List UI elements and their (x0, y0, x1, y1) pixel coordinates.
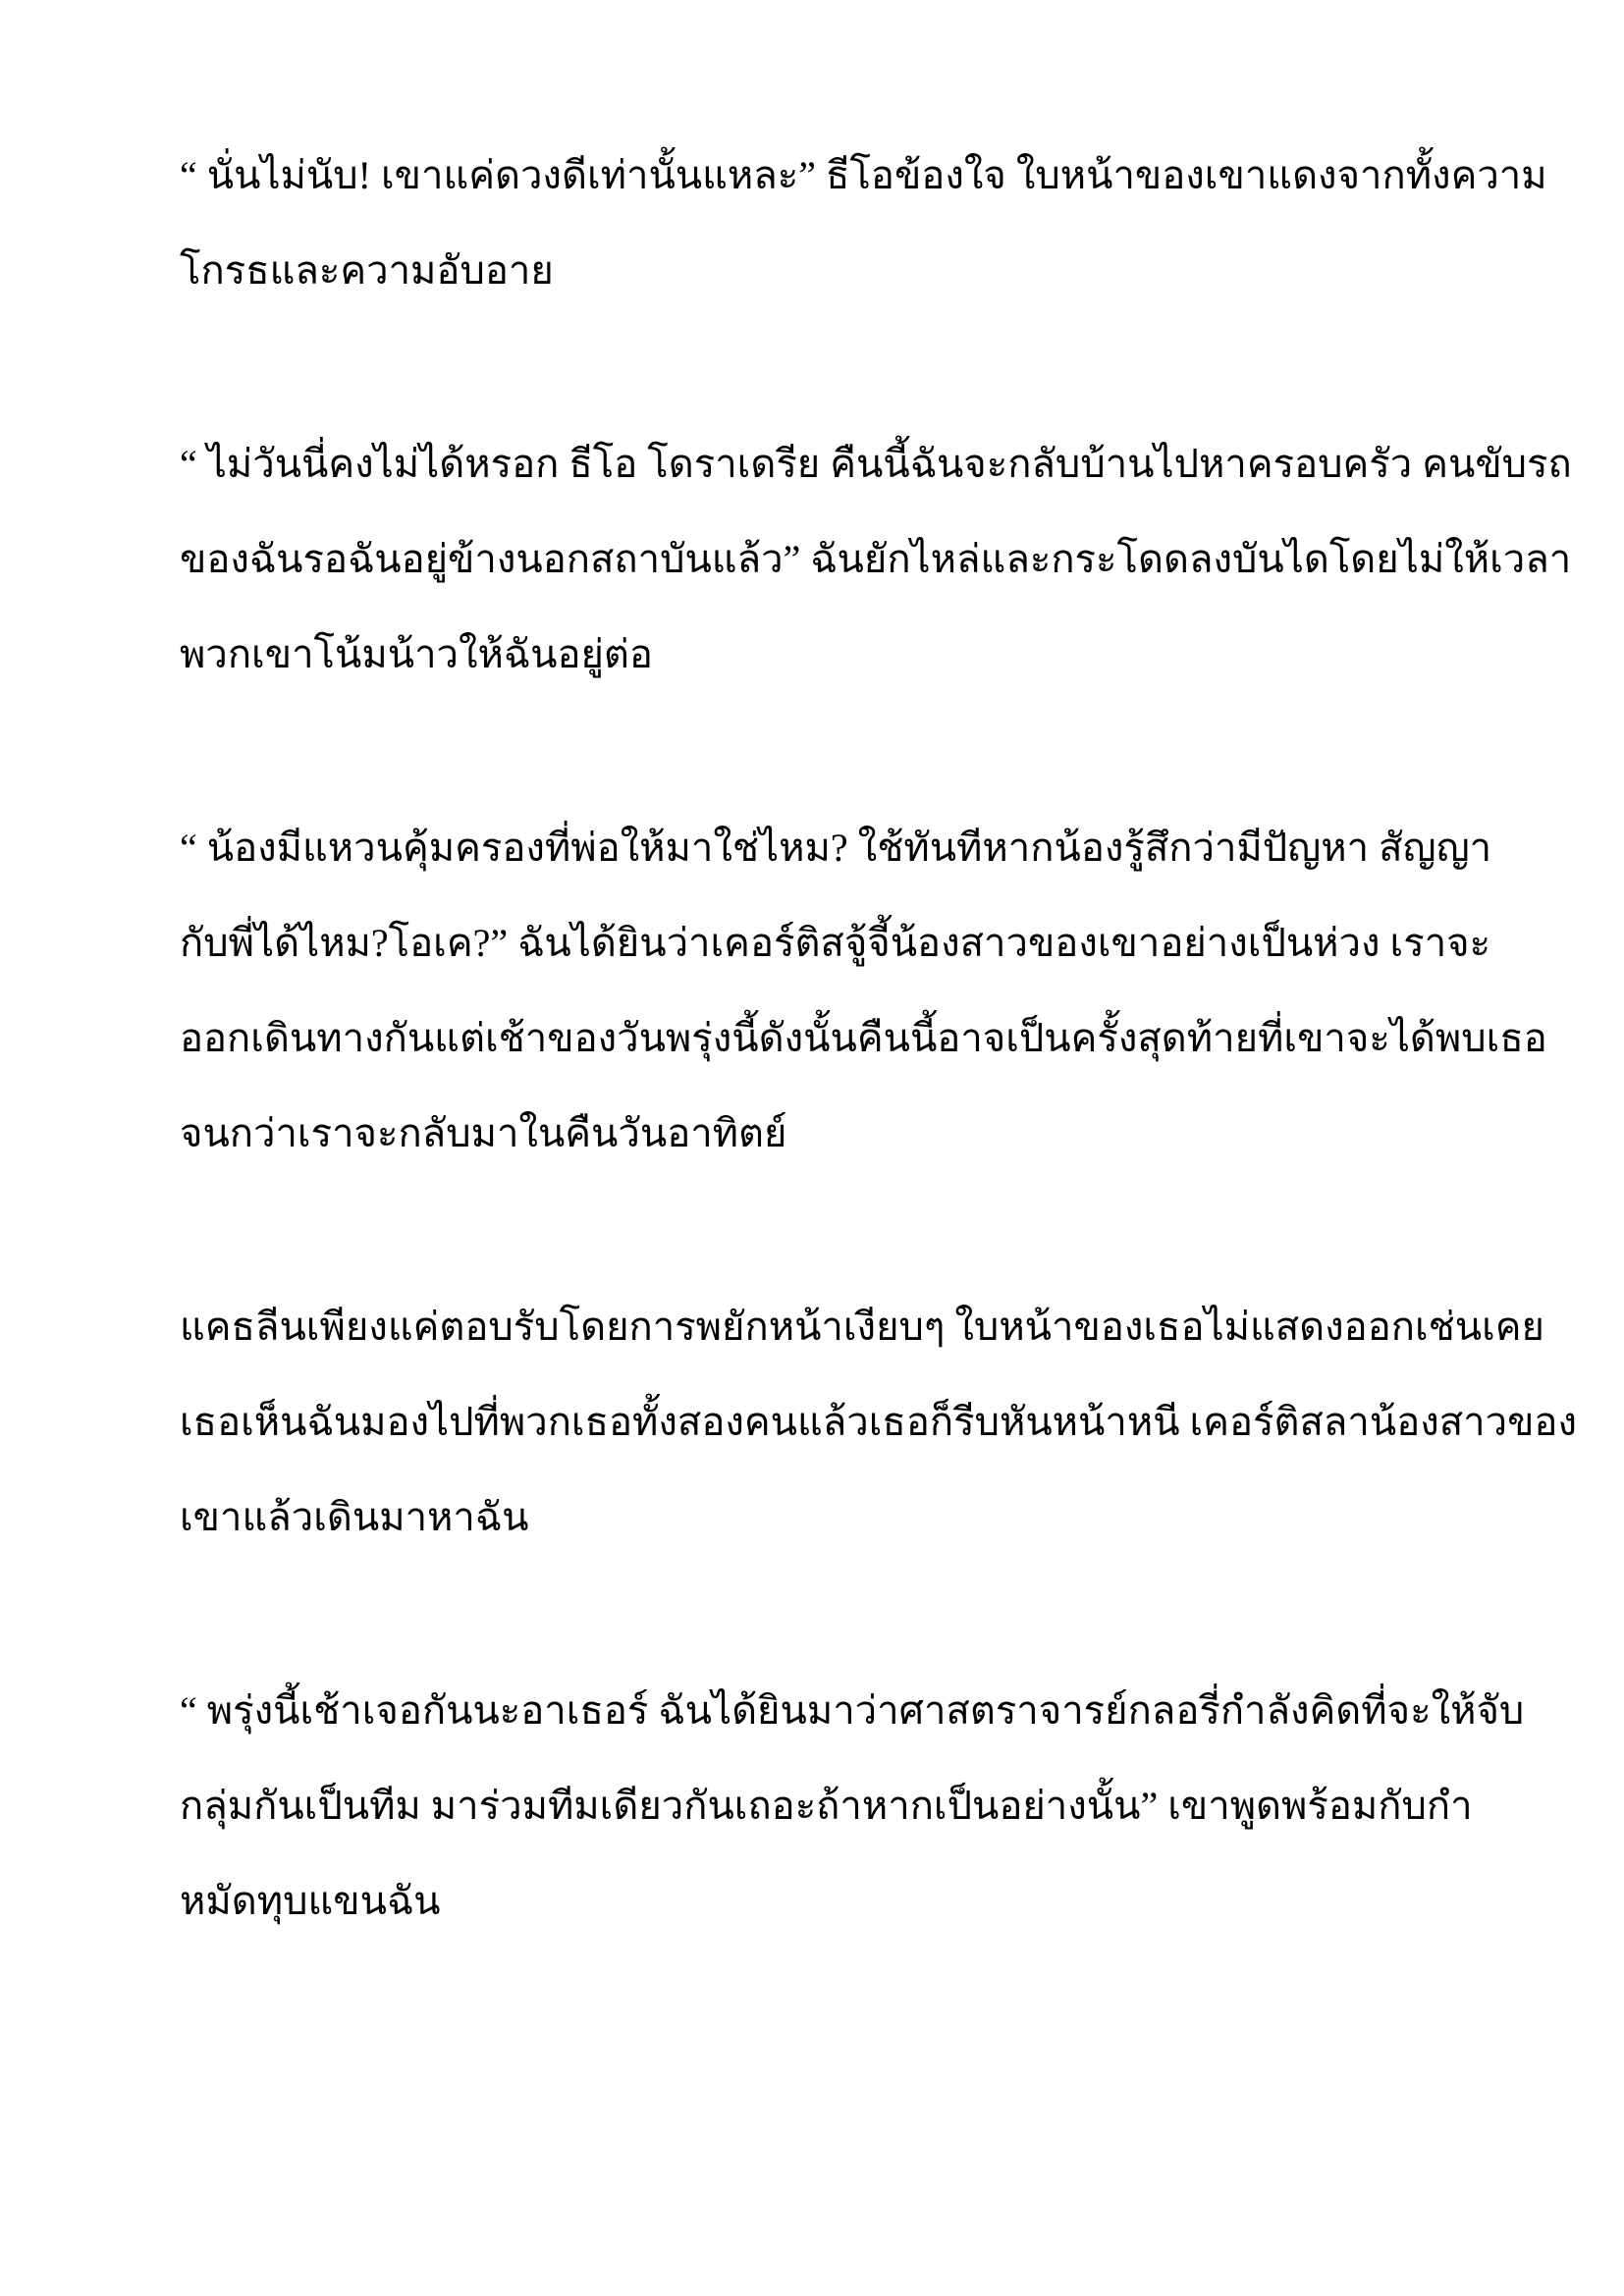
text-line: พวกเขาโน้มน้าวให้ฉันอยู่ต่อ (180, 607, 1456, 702)
text-line: แคธลีนเพียงแค่ตอบรับโดยการพยักหน้าเงียบๆ… (180, 1279, 1456, 1374)
text-line: กับพี่ได้ไหม?โอเค?” ฉันได้ยินว่าเคอร์ติส… (180, 895, 1456, 990)
text-line: หมัดทุบแขนฉัน (180, 1853, 1456, 1949)
paragraph-1: “ นั่นไม่นับ! เขาแค่ดวงดีเท่านั้นแหละ” ธ… (180, 128, 1456, 318)
text-line: โกรธและความอับอาย (180, 223, 1456, 318)
text-line: “ ไม่วันนี่คงไม่ได้หรอก ธีโอ โดราเดรีย ค… (180, 416, 1456, 511)
text-line: จนกว่าเราจะกลับมาในคืนวันอาทิตย์ (180, 1086, 1456, 1181)
text-line: “ พรุ่งนี้เช้าเจอกันนะอาเธอร์ ฉันได้ยินม… (180, 1663, 1456, 1758)
paragraph-3: “ น้องมีแหวนคุ้มครองที่พ่อให้มาใช่ไหม? ใ… (180, 800, 1456, 1181)
text-line: ของฉันรอฉันอยู่ข้างนอกสถาบันแล้ว” ฉันยัก… (180, 511, 1456, 607)
text-line: เขาแล้วเดินมาหาฉัน (180, 1469, 1456, 1565)
text-block: “ นั่นไม่นับ! เขาแค่ดวงดีเท่านั้นแหละ” ธ… (180, 128, 1456, 1949)
document-page: “ นั่นไม่นับ! เขาแค่ดวงดีเท่านั้นแหละ” ธ… (0, 0, 1624, 2296)
paragraph-2: “ ไม่วันนี่คงไม่ได้หรอก ธีโอ โดราเดรีย ค… (180, 416, 1456, 702)
paragraph-5: “ พรุ่งนี้เช้าเจอกันนะอาเธอร์ ฉันได้ยินม… (180, 1663, 1456, 1949)
text-line: กลุ่มกันเป็นทีม มาร่วมทีมเดียวกันเถอะถ้า… (180, 1758, 1456, 1853)
text-line: “ นั่นไม่นับ! เขาแค่ดวงดีเท่านั้นแหละ” ธ… (180, 128, 1456, 223)
text-line: ออกเดินทางกันแต่เช้าของวันพรุ่งนี้ดังนั้… (180, 990, 1456, 1086)
text-line: เธอเห็นฉันมองไปที่พวกเธอทั้งสองคนแล้วเธอ… (180, 1374, 1456, 1469)
text-line: “ น้องมีแหวนคุ้มครองที่พ่อให้มาใช่ไหม? ใ… (180, 800, 1456, 895)
paragraph-4: แคธลีนเพียงแค่ตอบรับโดยการพยักหน้าเงียบๆ… (180, 1279, 1456, 1565)
